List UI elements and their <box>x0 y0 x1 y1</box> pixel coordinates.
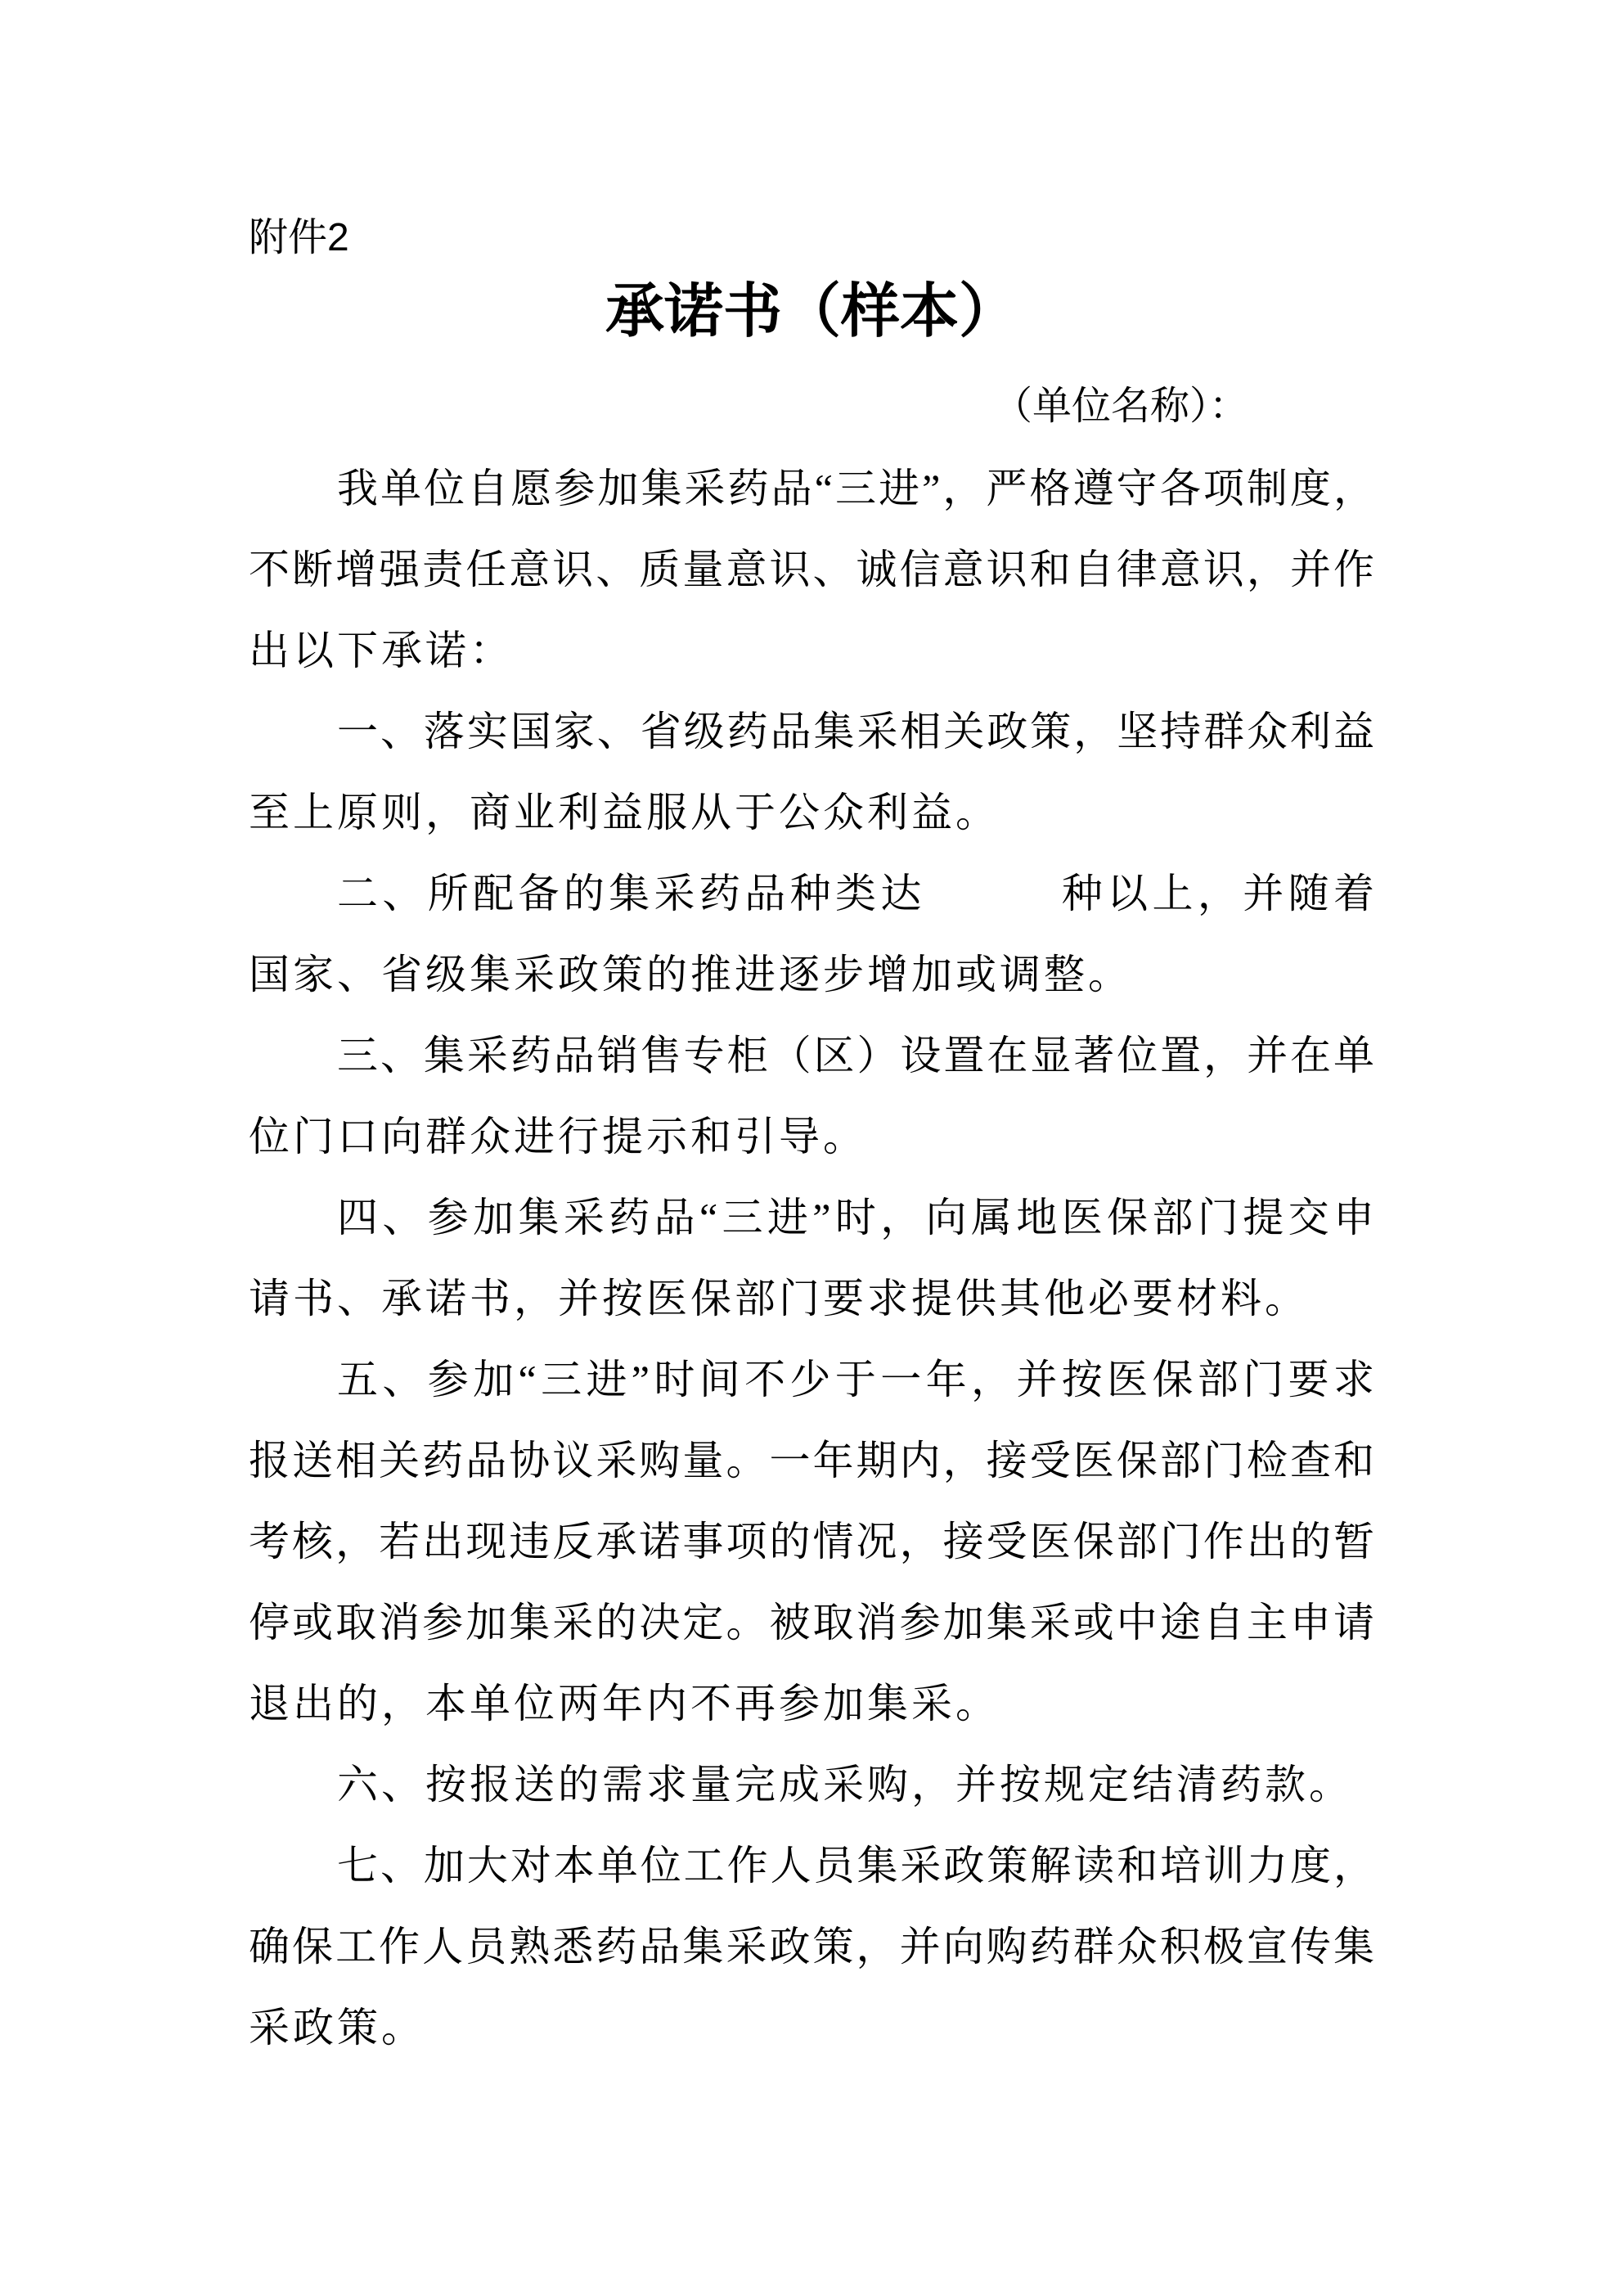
body-line: 退出的，本单位两年内不再参加集采。 <box>249 1663 1374 1745</box>
body-line: 不断增强责任意识、质量意识、诚信意识和自律意识，并作 <box>249 529 1374 610</box>
attachment-label: 附件2 <box>249 214 349 262</box>
body-line: 三、集采药品销售专柜（区）设置在显著位置，并在单 <box>249 1015 1374 1096</box>
body-line: 七、加大对本单位工作人员集采政策解读和培训力度， <box>249 1826 1374 1907</box>
body-line: 停或取消参加集采的决定。被取消参加集采或中途自主申请 <box>249 1582 1374 1663</box>
document-page: 附件2 承诺书（样本） （单位名称）： 我单位自愿参加集采药品“三进”，严格遵守… <box>0 0 1623 2296</box>
body-line: 至上原则，商业利益服从于公众利益。 <box>249 772 1374 853</box>
body-line: 位门口向群众进行提示和引导。 <box>249 1096 1374 1177</box>
body-line: 五、参加“三进”时间不少于一年，并按医保部门要求 <box>249 1339 1374 1420</box>
body-line: 一、落实国家、省级药品集采相关政策，坚持群众利益 <box>249 691 1374 772</box>
body-line: 国家、省级集采政策的推进逐步增加或调整。 <box>249 934 1374 1015</box>
recipient-label: （单位名称）： <box>993 383 1248 430</box>
body-line: 考核，若出现违反承诺事项的情况，接受医保部门作出的暂 <box>249 1501 1374 1582</box>
body-line: 二、所配备的集采药品种类达 种以上，并随着 <box>249 853 1374 934</box>
body-line: 报送相关药品协议采购量。一年期内，接受医保部门检查和 <box>249 1420 1374 1501</box>
document-body: 我单位自愿参加集采药品“三进”，严格遵守各项制度，不断增强责任意识、质量意识、诚… <box>249 448 1374 2069</box>
document-title: 承诺书（样本） <box>0 278 1623 346</box>
body-line: 我单位自愿参加集采药品“三进”，严格遵守各项制度， <box>249 448 1374 529</box>
body-line: 采政策。 <box>249 1988 1374 2069</box>
body-line: 出以下承诺： <box>249 610 1374 691</box>
body-line: 六、按报送的需求量完成采购，并按规定结清药款。 <box>249 1745 1374 1826</box>
body-line: 请书、承诺书，并按医保部门要求提供其他必要材料。 <box>249 1258 1374 1339</box>
body-line: 确保工作人员熟悉药品集采政策，并向购药群众积极宣传集 <box>249 1907 1374 1988</box>
body-line: 四、参加集采药品“三进”时，向属地医保部门提交申 <box>249 1177 1374 1258</box>
